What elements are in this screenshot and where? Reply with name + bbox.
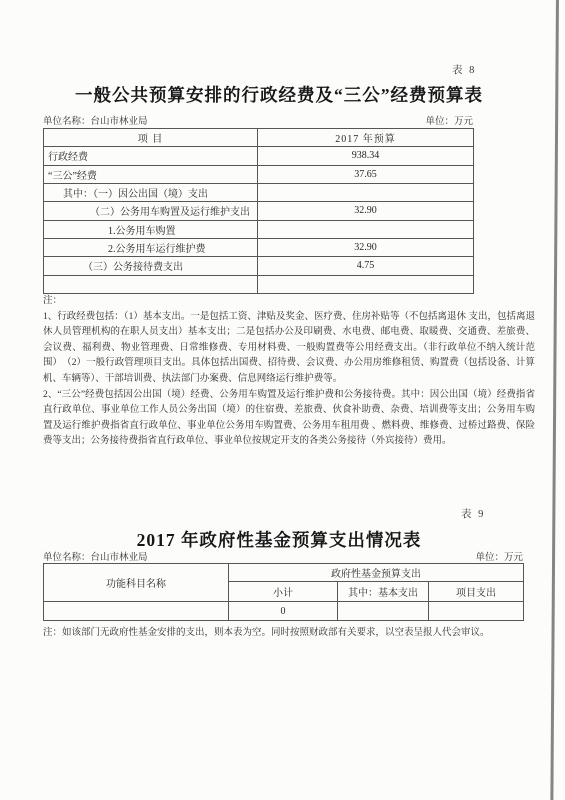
row-value: 32.90 — [258, 202, 474, 220]
table9-header-row-1: 功能科目名称 政府性基金预算支出 — [44, 564, 524, 582]
table-row: 0 — [44, 602, 524, 621]
table-row: 行政经费 938.34 — [44, 147, 474, 165]
table9-group-header: 政府性基金预算支出 — [229, 564, 524, 582]
table-row — [44, 275, 474, 293]
row-item: 行政经费 — [44, 147, 258, 165]
table8: 项 目 2017 年预算 行政经费 938.34 “三公”经费 37.65 其中… — [43, 128, 474, 294]
table8-unit-line: 单位名称：台山市林业局 单位：万元 — [43, 113, 473, 127]
row-item: 其中：（一）因公出国（境）支出 — [44, 183, 258, 201]
row-value — [258, 220, 474, 238]
table9-tag: 表 9 — [461, 506, 485, 521]
row-item: （三）公务接待费支出 — [44, 257, 258, 275]
table8-col-item: 项 目 — [44, 129, 258, 147]
table9-note: 注：如该部门无政府性基金安排的支出，则本表为空。同时按照财政部有关要求，以空表呈… — [43, 624, 548, 638]
paper-edge-line — [550, 0, 559, 800]
table-row: 2.公务用车运行维护费 32.90 — [44, 238, 474, 256]
table8-col-budget: 2017 年预算 — [258, 129, 474, 147]
table-row: （三）公务接待费支出 4.75 — [44, 257, 474, 275]
table-row: （二）公务用车购置及运行维护支出 32.90 — [44, 202, 474, 220]
row-item: “三公”经费 — [44, 165, 258, 183]
row-value: 4.75 — [258, 257, 474, 275]
table9: 功能科目名称 政府性基金预算支出 小计 其中：基本支出 项目支出 0 — [43, 563, 524, 621]
notes-label: 注： — [43, 294, 535, 310]
scanned-budget-document: { "table8": { "tag": "表 8", "title": "一般… — [0, 0, 565, 800]
table8-header-row: 项 目 2017 年预算 — [44, 129, 474, 147]
table-row: 其中：（一）因公出国（境）支出 — [44, 183, 474, 201]
table8-unit-name: 单位名称：台山市林业局 — [43, 113, 148, 127]
row-item: 2.公务用车运行维护费 — [44, 238, 258, 256]
row-value: 37.65 — [258, 165, 474, 183]
row-function — [44, 602, 229, 621]
row-basic — [338, 602, 429, 621]
table9-unit-name: 单位名称：台山市林业局 — [43, 549, 148, 563]
row-value — [258, 275, 474, 293]
table8-title: 一般公共预算安排的行政经费及“三公”经费预算表 — [0, 82, 558, 107]
table9-col-basic: 其中：基本支出 — [338, 582, 429, 602]
table9-col-project: 项目支出 — [429, 582, 524, 602]
table-row: 1.公务用车购置 — [44, 220, 474, 238]
row-item: 1.公务用车购置 — [44, 220, 258, 238]
row-item — [44, 275, 258, 293]
row-value — [258, 183, 474, 201]
row-value: 938.34 — [258, 147, 474, 165]
table-row: “三公”经费 37.65 — [44, 165, 474, 183]
note-paragraph-2: 2、“三公”经费包括因公出国（境）经费、公务用车购置及运行维护费和公务接待费。其… — [43, 388, 535, 450]
table8-unit: 单位：万元 — [425, 113, 473, 127]
table8-tag: 表 8 — [452, 62, 476, 77]
table9-col-subtotal: 小计 — [229, 582, 338, 602]
row-item: （二）公务用车购置及运行维护支出 — [44, 202, 258, 220]
table9-col-function: 功能科目名称 — [44, 564, 229, 602]
note-paragraph-1: 1、行政经费包括：（1）基本支出。一是包括工资、津贴及奖金、医疗费、住房补贴等（… — [43, 310, 535, 388]
row-subtotal: 0 — [229, 602, 338, 621]
row-value: 32.90 — [258, 238, 474, 256]
row-project — [429, 602, 524, 621]
table9-unit-line: 单位名称：台山市林业局 单位：万元 — [43, 549, 523, 563]
table9-unit: 单位：万元 — [475, 549, 523, 563]
table8-notes: 注： 1、行政经费包括：（1）基本支出。一是包括工资、津贴及奖金、医疗费、住房补… — [43, 294, 535, 450]
